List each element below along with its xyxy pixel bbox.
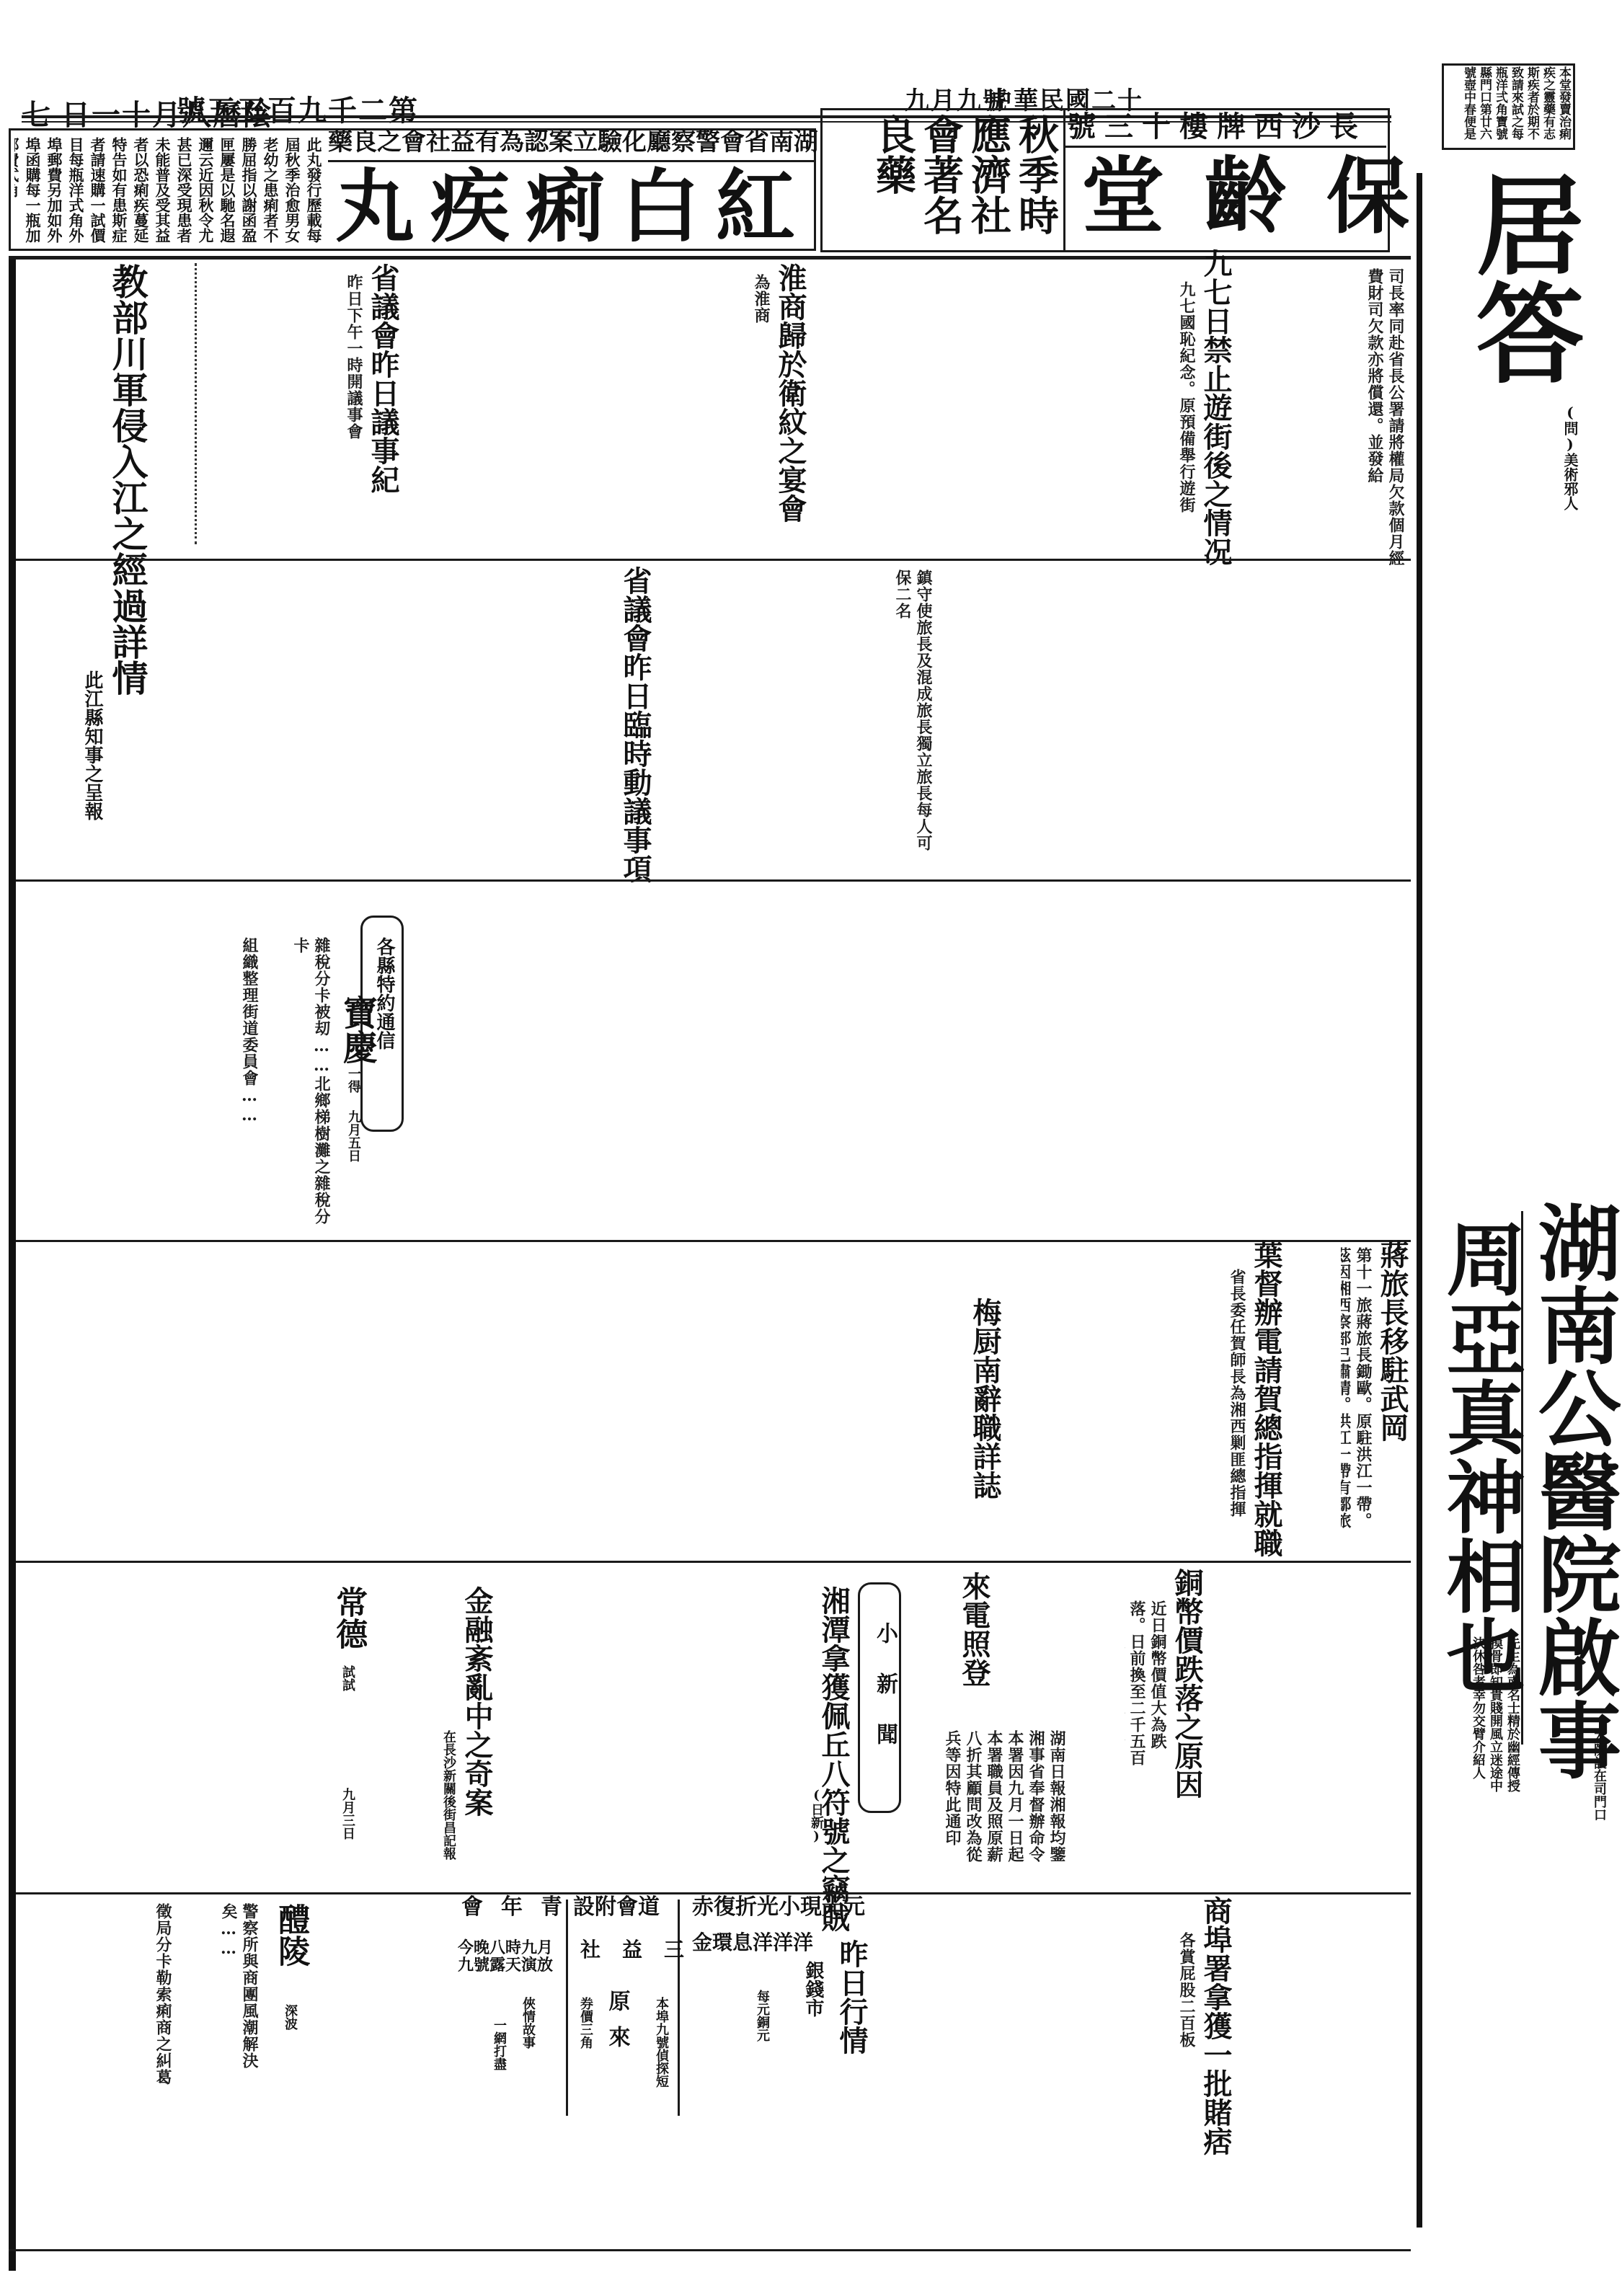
baoling-divider <box>1063 108 1065 252</box>
article-huaishang-headline: 淮商歸於衛紋之宴會 <box>775 263 805 523</box>
exchange-title: 元光現小光折復赤 <box>692 1896 865 1919</box>
youth-notice: 今晚八時九月九號露天演放 <box>458 1939 559 1974</box>
changde-correspondent: 試試 <box>339 1665 356 1691</box>
baoqing-headline: 寶慶 <box>339 995 375 1064</box>
liling-item-1: 警察所與商團風潮解決矣…… <box>216 1903 260 2119</box>
youth-item-2: 一網打盡 <box>490 2018 508 2070</box>
zuori-lead: 銀錢市 <box>800 1961 827 2017</box>
zuori-headline: 昨日行情 <box>836 1939 867 2055</box>
article-mei-headline: 梅厨南辭職詳誌 <box>970 1298 1000 1499</box>
changde-date: 九月三日 <box>339 1788 356 1840</box>
right-column-rule <box>1417 173 1422 2228</box>
article-hunan-office-body: 司長率同赴省長公署請將權局欠款個月經費財司欠款亦將償還。並發給 <box>1226 268 1406 571</box>
hongbai-title: 紅白痢疾丸 <box>335 167 811 247</box>
baoling-title: 保齡堂 <box>1081 155 1449 238</box>
shangbu-headline: 商埠署拿獲一批賭痞 <box>1200 1896 1231 2155</box>
youth-item-1: 俠情故事 <box>519 1997 536 2049</box>
top-right-notice-text: 本堂發賣治痢疾之靈藥有志斯疾者於期不致請來試之每瓶洋弍角寶號縣門口第廿六號壺中春… <box>1445 66 1572 147</box>
article-shengyihui2-headline: 省議會昨日臨時動議事項 <box>620 566 650 883</box>
liling-item-2: 徵局分卡勒索痢商之糾葛 <box>130 1903 173 2119</box>
liling-headline: 醴陵 <box>274 1903 307 1967</box>
article-jiang-body: 第十一旅蔣旅長鋤歐。原駐洪江一帶。茲因湘西察部已肅清。洪江一帶有鄒旅(鵬振) <box>1341 1247 1373 1535</box>
article-jiaobu-sub: 此江縣知事之呈報 <box>79 670 106 820</box>
baoling-banner: 長沙西牌樓十三號 <box>1067 112 1367 142</box>
article-jiuqi-body: 九七國恥紀念。原預備舉行遊街 <box>1024 281 1197 829</box>
exchange-rate: 每元銅元 <box>753 1990 771 2042</box>
baoqing-item-2: 組織整理街道委員會…… <box>216 937 260 1225</box>
article-shengyihui2-body: 鎮守使旅長及混成旅長獨立旅長每人可保二名 <box>721 569 934 858</box>
article-jiang-headline: 蔣旅長移駐武岡 <box>1377 1240 1407 1442</box>
baoling-side: 秋季時應濟社會著名良藥 <box>822 114 1060 247</box>
juda-line: (問)美術邪人 <box>1442 404 1579 512</box>
column-divider-wavy <box>195 263 201 544</box>
juda-title: 居答 <box>1463 169 1577 386</box>
band-1-rule <box>16 559 1411 561</box>
daohui-line2: 原來 <box>606 1990 629 2062</box>
hongbai-copy: 此丸發行歷載每屆秋季治愈男女老幼之患痢者不勝屈指以謝函盈匣屢是以馳名遐邇云近因秋… <box>14 137 324 245</box>
baoqing-item-1: 雜稅分卡被刧……北鄉梯樹灘之雜稅分卡 <box>288 937 332 1225</box>
youth-divider <box>566 1900 568 2116</box>
article-jiaobu-headline: 教部川軍侵入江之經過詳情 <box>108 263 146 696</box>
exchange-subtitle: 洋洋洋息環金 <box>692 1932 813 1953</box>
article-xiangtan-source: (日新) <box>807 1788 825 1844</box>
changde-headline: 常德 <box>332 1586 365 1649</box>
daohui-name: 道會附設 <box>573 1896 660 1919</box>
daohui-price: 券價三角 <box>577 1997 594 2049</box>
article-xiangtan-headline: 湘潭拿獲佩丘八符號之竊賊 <box>818 1586 848 1932</box>
article-jiuqi-headline: 九七日禁止遊街後之情况 <box>1200 249 1231 566</box>
daohui-line1: 三益社 <box>580 1939 706 1960</box>
band-2-rule <box>16 879 1411 882</box>
youth-name: 青年會 <box>461 1896 580 1919</box>
daohui-note: 本埠九號偵探短 <box>652 1997 670 2088</box>
baoqing-date: 九月五日 <box>345 1110 362 1162</box>
article-tongbi-headline: 銅幣價跌落之原因 <box>1171 1568 1202 1799</box>
left-margin-rule <box>9 260 16 2271</box>
issue-number: 第二千九百五五號 <box>177 88 419 129</box>
band-3-rule <box>16 1240 1411 1242</box>
article-laidian-headline: 來電照登 <box>959 1572 989 1687</box>
zhouyazhen-copy: 先生為南名士精於幽經傳授摸骨即知貴賤開風立迷途中決休咎者幸勿交臂介紹人 <box>1449 1636 1521 1802</box>
article-shengyihui1-headline: 省議會昨日議事紀 <box>368 263 398 494</box>
article-ye-headline: 葉督辦電請賀總指揮就職 <box>1251 1240 1281 1557</box>
xiaoxinwen-title: 小新聞 <box>869 1622 900 1773</box>
article-shengyihui1-body: 昨日下午一時開議事會 <box>202 274 364 649</box>
liling-correspondent: 深波 <box>281 2004 298 2030</box>
article-jinrong-lead: 在長沙新關後街昌記報 <box>440 1730 457 1860</box>
shangbu-lead: 各賞屁股二百板 <box>1168 1932 1197 2148</box>
article-huaishang-body: 為淮商 <box>634 274 771 526</box>
article-jinrong-headline: 金融紊亂中之奇案 <box>461 1586 492 1817</box>
hospital-note: 本院設在司門口 <box>1557 1730 1608 1946</box>
daohui-divider <box>678 1900 680 2116</box>
hongbai-banner: 湖南省會警察廳化驗立案認為有益社會之良藥 <box>328 130 818 156</box>
page-number: 七 <box>22 92 52 133</box>
band-4-rule <box>16 1561 1411 1563</box>
article-tongbi-body: 近日銅幣價值大為跌落。日前換至二千五百七十文有奇。據熟於 <box>1125 1600 1168 1773</box>
article-ye-body: 省長委任賀師長為湘西剿匪總指揮 <box>1218 1269 1247 1521</box>
zhouyazhen-title: 周亞真神相也 <box>1438 1218 1522 1694</box>
page-bottom-rule <box>9 2249 1411 2251</box>
xiaoxinwen-body: 湖南日報湘報均鑒湘事省奉督辦命令本署因九月一日起本署職員及照原薪八折其顧問改為從… <box>923 1730 1067 1874</box>
hunan-hospital-title: 湖南公醫院啟事 <box>1528 1200 1616 1781</box>
baoqing-correspondent: 一得 <box>345 1067 362 1093</box>
